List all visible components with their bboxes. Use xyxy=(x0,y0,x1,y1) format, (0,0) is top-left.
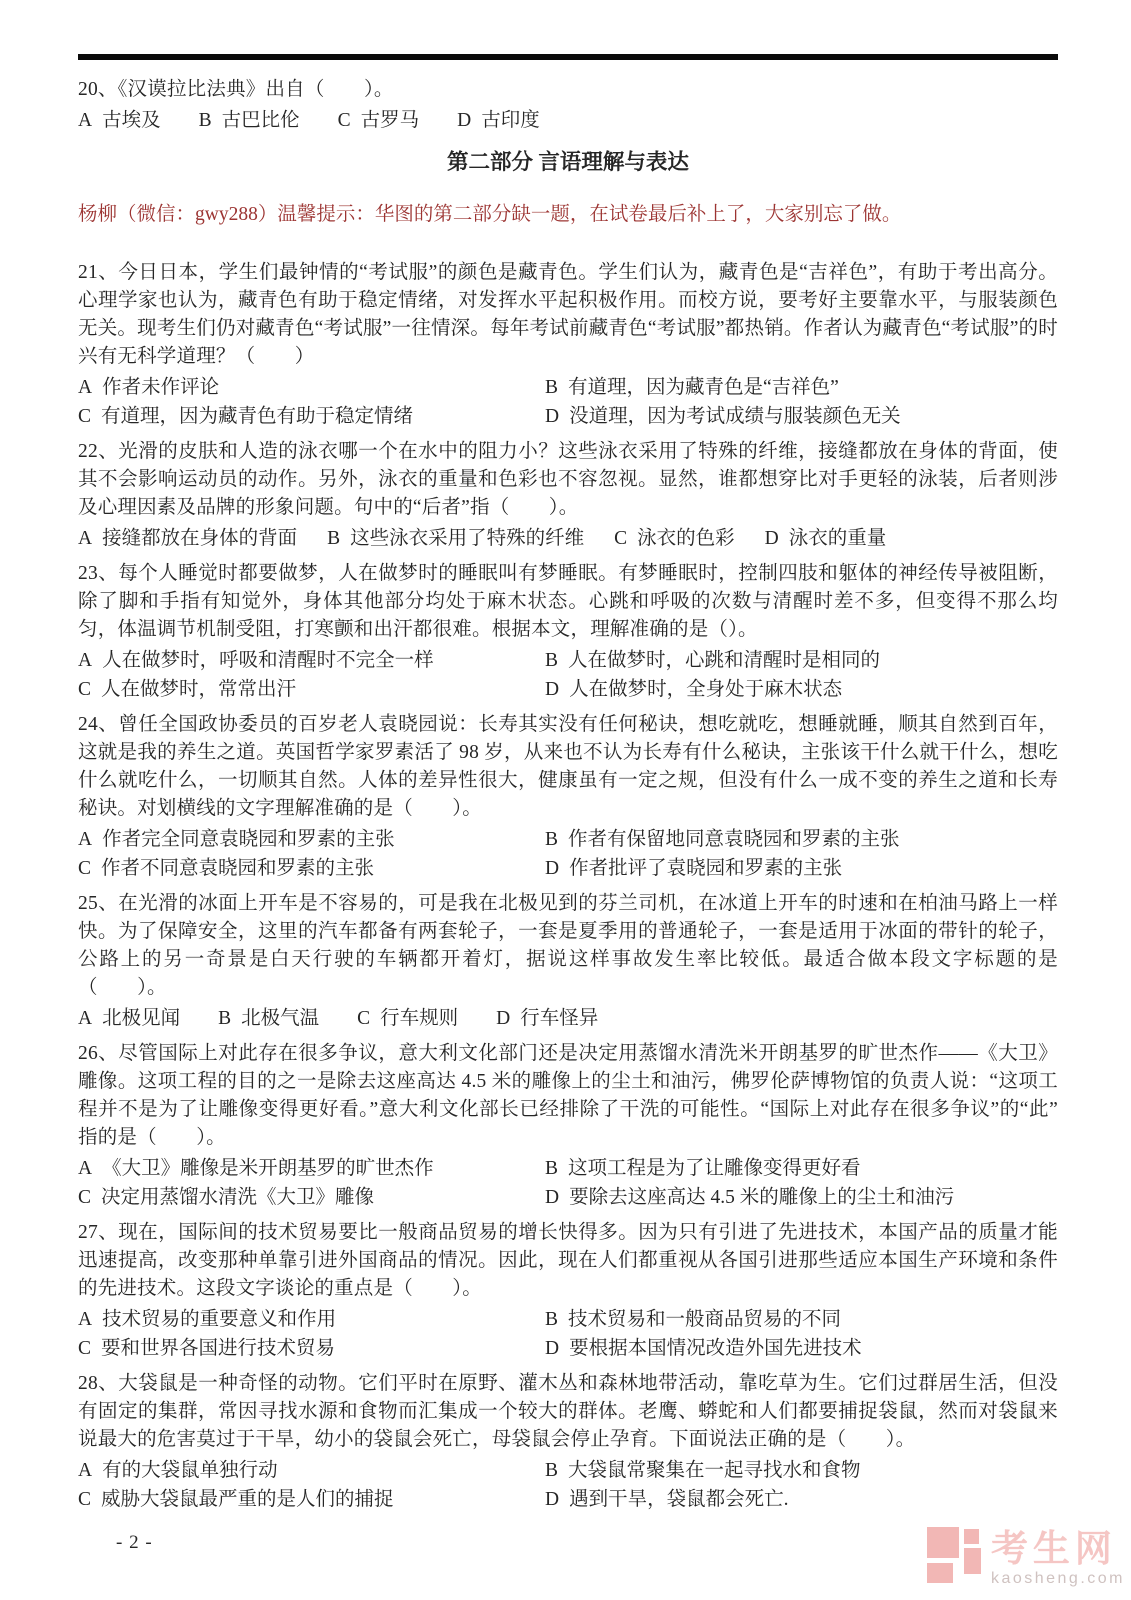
question-25-stem: 25、在光滑的冰面上开车是不容易的，可是我在北极见到的芬兰司机，在冰道上开车的时… xyxy=(78,890,1058,1002)
question-21-stem: 21、今日日本，学生们最钟情的“考试服”的颜色是藏青色。学生们认为，藏青色是“吉… xyxy=(78,259,1058,371)
option-label: B xyxy=(545,1460,558,1481)
question-26-options: A《大卫》雕像是米开朗基罗的旷世杰作 B这项工程是为了让雕像变得更好看 C决定用… xyxy=(78,1154,1058,1212)
question-21-option-d: D没道理，因为考试成绩与服装颜色无关 xyxy=(545,402,1058,431)
option-text: 决定用蒸馏水清洗《大卫》雕像 xyxy=(101,1187,374,1208)
option-text: 古罗马 xyxy=(361,110,420,131)
option-text: 泳衣的色彩 xyxy=(637,528,735,549)
option-label: A xyxy=(78,829,92,850)
question-22-options: A接缝都放在身体的背面 B这些泳衣采用了特殊的纤维 C泳衣的色彩 D泳衣的重量 xyxy=(78,524,1058,553)
question-25-option-a: A北极见闻 xyxy=(78,1004,180,1033)
question-28-option-b: B大袋鼠常聚集在一起寻找水和食物 xyxy=(545,1456,1058,1485)
question-20: 20、《汉谟拉比法典》出自（ ）。 A古埃及 B古巴比伦 C古罗马 D古印度 xyxy=(78,76,1058,135)
option-text: 人在做梦时，心跳和清醒时是相同的 xyxy=(568,650,880,671)
question-28-stem: 28、大袋鼠是一种奇怪的动物。它们平时在原野、灌木丛和森林地带活动，靠吃草为生。… xyxy=(78,1370,1058,1454)
question-24-option-b: B作者有保留地同意袁晓园和罗素的主张 xyxy=(545,825,1058,854)
question-28-option-c: C威胁大袋鼠最严重的是人们的捕捉 xyxy=(78,1485,545,1514)
question-26-option-c: C决定用蒸馏水清洗《大卫》雕像 xyxy=(78,1183,545,1212)
option-text: 人在做梦时，呼吸和清醒时不完全一样 xyxy=(102,650,434,671)
kaosheng-logo-icon xyxy=(927,1527,981,1590)
question-27-option-c: C要和世界各国进行技术贸易 xyxy=(78,1334,545,1363)
option-text: 要和世界各国进行技术贸易 xyxy=(101,1338,335,1359)
page-number: - 2 - xyxy=(116,1532,1058,1554)
question-27-stem: 27、现在，国际间的技术贸易要比一般商品贸易的增长快得多。因为只有引进了先进技术… xyxy=(78,1219,1058,1303)
question-21-options: A作者未作评论 B有道理，因为藏青色是“吉祥色” C有道理，因为藏青色有助于稳定… xyxy=(78,373,1058,431)
option-label: C xyxy=(78,406,91,427)
option-label: A xyxy=(78,377,92,398)
question-24-options: A作者完全同意袁晓园和罗素的主张 B作者有保留地同意袁晓园和罗素的主张 C作者不… xyxy=(78,825,1058,883)
question-23-option-b: B人在做梦时，心跳和清醒时是相同的 xyxy=(545,646,1058,675)
option-text: 人在做梦时，常常出汗 xyxy=(101,679,296,700)
question-24: 24、曾任全国政协委员的百岁老人袁晓园说：长寿其实没有任何秘诀，想吃就吃，想睡就… xyxy=(78,711,1058,883)
option-label: D xyxy=(545,679,559,700)
kaosheng-watermark: 考生网 kaosheng.com xyxy=(927,1527,1125,1590)
option-label: D xyxy=(545,858,559,879)
option-text: 这项工程是为了让雕像变得更好看 xyxy=(568,1158,861,1179)
option-label: D xyxy=(545,1187,559,1208)
question-22-option-d: D泳衣的重量 xyxy=(765,524,887,553)
option-text: 作者不同意袁晓园和罗素的主张 xyxy=(101,858,374,879)
option-label: A xyxy=(78,650,92,671)
option-text: 作者完全同意袁晓园和罗素的主张 xyxy=(102,829,395,850)
option-text: 作者批评了袁晓园和罗素的主张 xyxy=(569,858,842,879)
option-text: 行车怪异 xyxy=(520,1008,598,1029)
question-22-option-c: C泳衣的色彩 xyxy=(614,524,735,553)
question-20-option-c: C古罗马 xyxy=(338,106,420,135)
option-label: C xyxy=(357,1008,370,1029)
option-text: 接缝都放在身体的背面 xyxy=(102,528,297,549)
question-22-option-a: A接缝都放在身体的背面 xyxy=(78,524,297,553)
question-23-option-c: C人在做梦时，常常出汗 xyxy=(78,675,545,704)
question-26-option-b: B这项工程是为了让雕像变得更好看 xyxy=(545,1154,1058,1183)
option-text: 有的大袋鼠单独行动 xyxy=(102,1460,278,1481)
question-20-options: A古埃及 B古巴比伦 C古罗马 D古印度 xyxy=(78,106,1058,135)
option-label: B xyxy=(218,1008,231,1029)
question-25-option-b: B北极气温 xyxy=(218,1004,319,1033)
option-text: 要除去这座高达 4.5 米的雕像上的尘土和油污 xyxy=(569,1187,954,1208)
exam-page: 20、《汉谟拉比法典》出自（ ）。 A古埃及 B古巴比伦 C古罗马 D古印度 第… xyxy=(0,0,1131,1600)
question-24-option-a: A作者完全同意袁晓园和罗素的主张 xyxy=(78,825,545,854)
question-27-option-b: B技术贸易和一般商品贸易的不同 xyxy=(545,1305,1058,1334)
option-label: A xyxy=(78,1158,92,1179)
option-label: C xyxy=(338,110,351,131)
question-26-stem: 26、尽管国际上对此存在很多争议，意大利文化部门还是决定用蒸馏水清洗米开朗基罗的… xyxy=(78,1040,1058,1152)
option-text: 古巴比伦 xyxy=(222,110,300,131)
question-20-option-d: D古印度 xyxy=(457,106,540,135)
option-text: 大袋鼠常聚集在一起寻找水和食物 xyxy=(568,1460,861,1481)
question-22-stem: 22、光滑的皮肤和人造的泳衣哪一个在水中的阻力小？这些泳衣采用了特殊的纤维，接缝… xyxy=(78,438,1058,522)
question-28-option-a: A有的大袋鼠单独行动 xyxy=(78,1456,545,1485)
question-28: 28、大袋鼠是一种奇怪的动物。它们平时在原野、灌木丛和森林地带活动，靠吃草为生。… xyxy=(78,1370,1058,1514)
question-26-option-a: A《大卫》雕像是米开朗基罗的旷世杰作 xyxy=(78,1154,545,1183)
option-label: C xyxy=(78,1338,91,1359)
question-28-option-d: D遇到干旱，袋鼠都会死亡. xyxy=(545,1485,1058,1514)
question-24-option-c: C作者不同意袁晓园和罗素的主张 xyxy=(78,854,545,883)
option-text: 有道理，因为藏青色有助于稳定情绪 xyxy=(101,406,413,427)
question-25-option-d: D行车怪异 xyxy=(496,1004,598,1033)
question-27-option-a: A技术贸易的重要意义和作用 xyxy=(78,1305,545,1334)
option-label: D xyxy=(545,406,559,427)
section-title: 第二部分 言语理解与表达 xyxy=(78,147,1058,177)
question-25-option-c: C行车规则 xyxy=(357,1004,458,1033)
option-label: B xyxy=(199,110,212,131)
question-21-option-b: B有道理，因为藏青色是“吉祥色” xyxy=(545,373,1058,402)
option-label: B xyxy=(545,1309,558,1330)
option-label: D xyxy=(545,1338,559,1359)
option-text: 没道理，因为考试成绩与服装颜色无关 xyxy=(569,406,901,427)
question-23: 23、每个人睡觉时都要做梦，人在做梦时的睡眠叫有梦睡眠。有梦睡眠时，控制四肢和躯… xyxy=(78,560,1058,704)
option-text: 行车规则 xyxy=(380,1008,458,1029)
option-label: D xyxy=(457,110,471,131)
option-text: 北极气温 xyxy=(241,1008,319,1029)
option-label: A xyxy=(78,1460,92,1481)
option-text: 这些泳衣采用了特殊的纤维 xyxy=(350,528,584,549)
question-23-options: A人在做梦时，呼吸和清醒时不完全一样 B人在做梦时，心跳和清醒时是相同的 C人在… xyxy=(78,646,1058,704)
watermark-text: 考生网 kaosheng.com xyxy=(991,1531,1125,1587)
option-label: B xyxy=(545,829,558,850)
option-text: 技术贸易和一般商品贸易的不同 xyxy=(568,1309,841,1330)
option-text: 泳衣的重量 xyxy=(789,528,887,549)
question-27: 27、现在，国际间的技术贸易要比一般商品贸易的增长快得多。因为只有引进了先进技术… xyxy=(78,1219,1058,1363)
question-27-option-d: D要根据本国情况改造外国先进技术 xyxy=(545,1334,1058,1363)
watermark-site-name: 考生网 xyxy=(991,1531,1125,1568)
option-text: 有道理，因为藏青色是“吉祥色” xyxy=(568,377,839,398)
question-26-option-d: D要除去这座高达 4.5 米的雕像上的尘土和油污 xyxy=(545,1183,1058,1212)
option-text: 作者有保留地同意袁晓园和罗素的主张 xyxy=(568,829,900,850)
question-25-options: A北极见闻 B北极气温 C行车规则 D行车怪异 xyxy=(78,1004,1058,1033)
option-label: B xyxy=(545,1158,558,1179)
option-label: B xyxy=(327,528,340,549)
option-text: 古印度 xyxy=(481,110,540,131)
question-20-option-b: B古巴比伦 xyxy=(199,106,300,135)
question-21-option-a: A作者未作评论 xyxy=(78,373,545,402)
option-label: B xyxy=(545,377,558,398)
question-26: 26、尽管国际上对此存在很多争议，意大利文化部门还是决定用蒸馏水清洗米开朗基罗的… xyxy=(78,1040,1058,1212)
option-label: D xyxy=(765,528,779,549)
option-text: 北极见闻 xyxy=(102,1008,180,1029)
question-25: 25、在光滑的冰面上开车是不容易的，可是我在北极见到的芬兰司机，在冰道上开车的时… xyxy=(78,890,1058,1033)
option-label: D xyxy=(496,1008,510,1029)
option-label: C xyxy=(78,1187,91,1208)
option-text: 人在做梦时，全身处于麻木状态 xyxy=(569,679,842,700)
question-27-options: A技术贸易的重要意义和作用 B技术贸易和一般商品贸易的不同 C要和世界各国进行技… xyxy=(78,1305,1058,1363)
question-20-stem: 20、《汉谟拉比法典》出自（ ）。 xyxy=(78,76,1058,104)
question-22-option-b: B这些泳衣采用了特殊的纤维 xyxy=(327,524,584,553)
watermark-site-url: kaosheng.com xyxy=(991,1571,1125,1587)
option-text: 技术贸易的重要意义和作用 xyxy=(102,1309,336,1330)
question-21: 21、今日日本，学生们最钟情的“考试服”的颜色是藏青色。学生们认为，藏青色是“吉… xyxy=(78,259,1058,431)
option-label: A xyxy=(78,528,92,549)
option-text: 遇到干旱，袋鼠都会死亡. xyxy=(569,1489,788,1510)
header-double-rule xyxy=(78,54,1058,60)
option-text: 古埃及 xyxy=(102,110,161,131)
question-23-option-a: A人在做梦时，呼吸和清醒时不完全一样 xyxy=(78,646,545,675)
question-20-option-a: A古埃及 xyxy=(78,106,161,135)
notice-text: 杨柳（微信：gwy288）温馨提示：华图的第二部分缺一题，在试卷最后补上了，大家… xyxy=(78,201,1058,229)
option-label: A xyxy=(78,1309,92,1330)
option-label: D xyxy=(545,1489,559,1510)
option-label: C xyxy=(78,1489,91,1510)
question-23-option-d: D人在做梦时，全身处于麻木状态 xyxy=(545,675,1058,704)
option-label: C xyxy=(614,528,627,549)
option-text: 要根据本国情况改造外国先进技术 xyxy=(569,1338,862,1359)
question-24-stem: 24、曾任全国政协委员的百岁老人袁晓园说：长寿其实没有任何秘诀，想吃就吃，想睡就… xyxy=(78,711,1058,823)
option-text: 威胁大袋鼠最严重的是人们的捕捉 xyxy=(101,1489,394,1510)
question-23-stem: 23、每个人睡觉时都要做梦，人在做梦时的睡眠叫有梦睡眠。有梦睡眠时，控制四肢和躯… xyxy=(78,560,1058,644)
option-label: C xyxy=(78,858,91,879)
question-28-options: A有的大袋鼠单独行动 B大袋鼠常聚集在一起寻找水和食物 C威胁大袋鼠最严重的是人… xyxy=(78,1456,1058,1514)
question-21-option-c: C有道理，因为藏青色有助于稳定情绪 xyxy=(78,402,545,431)
question-22: 22、光滑的皮肤和人造的泳衣哪一个在水中的阻力小？这些泳衣采用了特殊的纤维，接缝… xyxy=(78,438,1058,553)
option-label: C xyxy=(78,679,91,700)
option-text: 作者未作评论 xyxy=(102,377,219,398)
option-label: A xyxy=(78,1008,92,1029)
option-label: B xyxy=(545,650,558,671)
question-24-option-d: D作者批评了袁晓园和罗素的主张 xyxy=(545,854,1058,883)
option-label: A xyxy=(78,110,92,131)
option-text: 《大卫》雕像是米开朗基罗的旷世杰作 xyxy=(102,1158,434,1179)
